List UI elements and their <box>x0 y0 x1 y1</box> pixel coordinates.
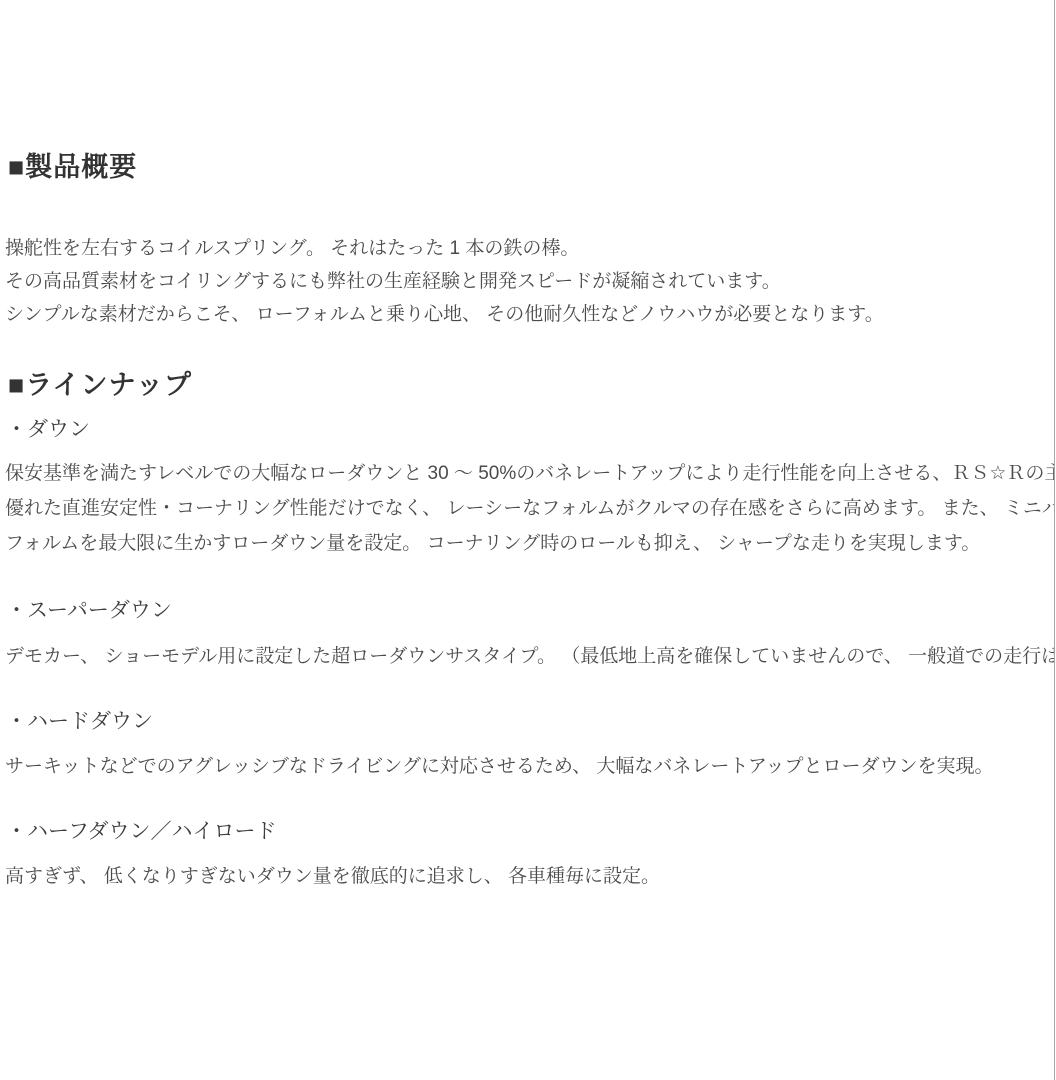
lineup-item-description-hard-down: サーキットなどでのアグレッシブなドライビングに対応させるため、 大幅なバネレート… <box>0 749 1054 784</box>
page-content: ■製品概要 操舵性を左右するコイルスプリング。 それはたった 1 本の鉄の棒。 … <box>0 0 1054 894</box>
description-line: 高すぎず、 低くなりすぎないダウン量を徹底的に追求し、 各車種毎に設定。 <box>5 859 1054 894</box>
description-line: フォルムを最大限に生かすローダウン量を設定。 コーナリング時のロールも抑え、 シ… <box>5 526 1054 561</box>
product-description-page: ■製品概要 操舵性を左右するコイルスプリング。 それはたった 1 本の鉄の棒。 … <box>0 0 1055 1080</box>
section-heading-lineup: ■ラインナップ <box>0 368 1054 402</box>
overview-line: シンプルな素材だからこそ、 ローフォルムと乗り心地、 その他耐久性などノウハウが… <box>5 298 1054 331</box>
lineup-item-title-hard-down: ・ハードダウン <box>0 709 1054 735</box>
lineup-item-title-down: ・ダウン <box>0 417 1054 443</box>
lineup-item-title-half-down-high-road: ・ハーフダウン／ハイロード <box>0 819 1054 845</box>
description-line: 優れた直進安定性・コーナリング性能だけでなく、 レーシーなフォルムがクルマの存在… <box>5 491 1054 526</box>
description-line: 保安基準を満たすレベルでの大幅なローダウンと 30 ～ 50%のバネレートアップ… <box>5 456 1054 491</box>
overview-line: その高品質素材をコイリングするにも弊社の生産経験と開発スピードが凝縮されています… <box>5 265 1054 298</box>
lineup-item-title-super-down: ・スーパーダウン <box>0 598 1054 624</box>
overview-paragraph: 操舵性を左右するコイルスプリング。 それはたった 1 本の鉄の棒。 その高品質素… <box>0 232 1054 331</box>
description-line: サーキットなどでのアグレッシブなドライビングに対応させるため、 大幅なバネレート… <box>5 749 1054 784</box>
description-line: デモカー、 ショーモデル用に設定した超ローダウンサスタイプ。 （最低地上高を確保… <box>5 639 1054 674</box>
overview-line: 操舵性を左右するコイルスプリング。 それはたった 1 本の鉄の棒。 <box>5 232 1054 265</box>
lineup-item-description-half-down-high-road: 高すぎず、 低くなりすぎないダウン量を徹底的に追求し、 各車種毎に設定。 <box>0 859 1054 894</box>
section-heading-product-overview: ■製品概要 <box>0 150 1054 184</box>
lineup-item-description-super-down: デモカー、 ショーモデル用に設定した超ローダウンサスタイプ。 （最低地上高を確保… <box>0 639 1054 674</box>
lineup-item-description-down: 保安基準を満たすレベルでの大幅なローダウンと 30 ～ 50%のバネレートアップ… <box>0 456 1054 561</box>
